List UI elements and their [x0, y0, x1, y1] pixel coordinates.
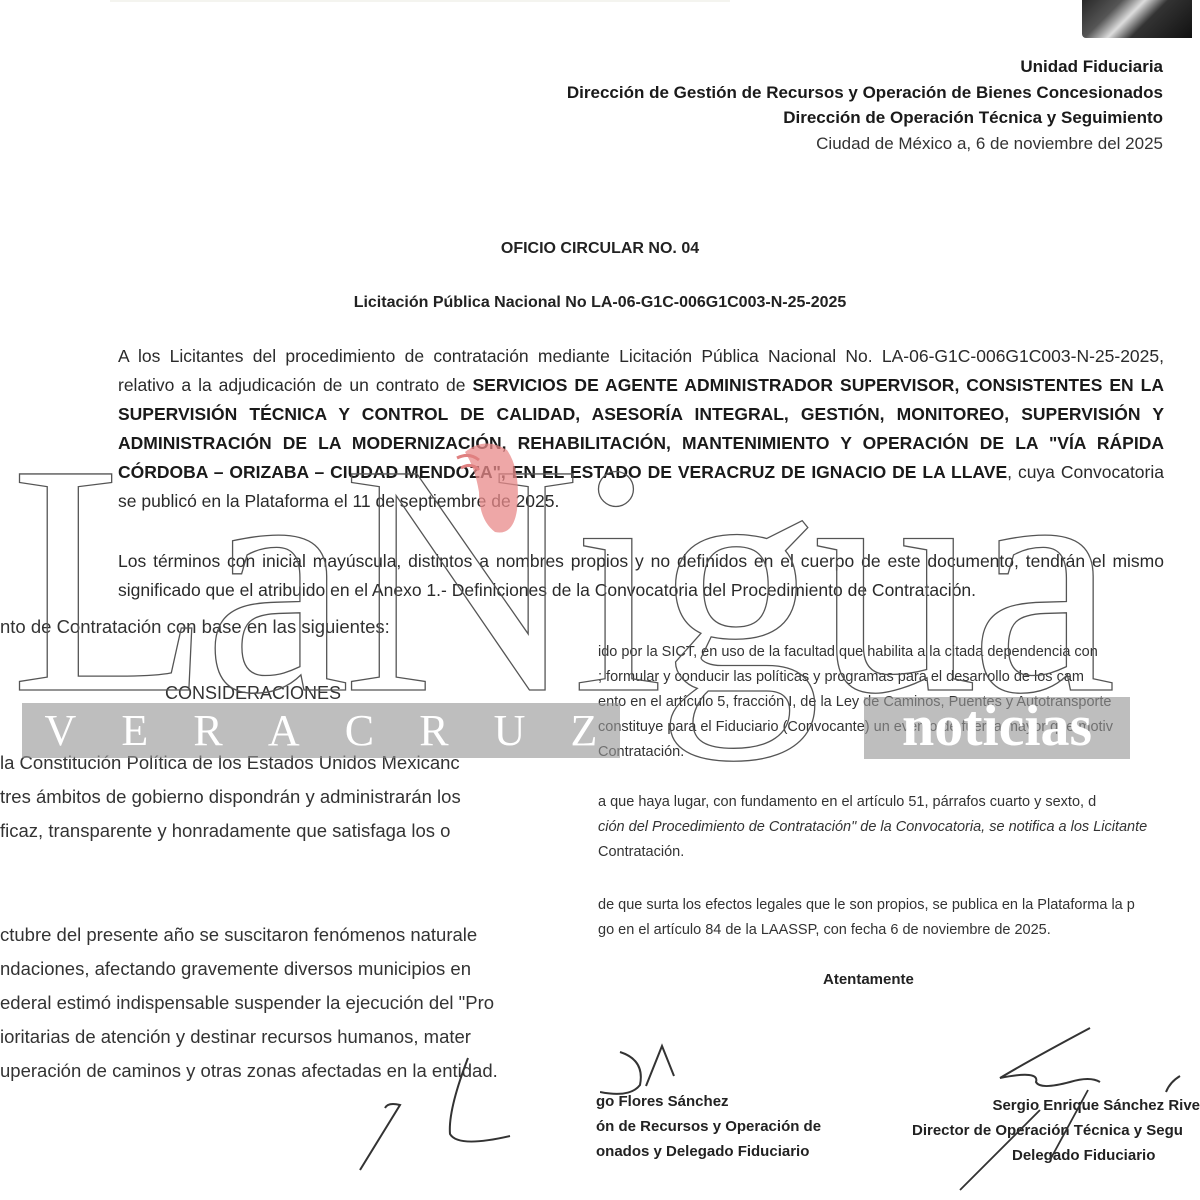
watermark-region-band: V E R A C R U Z [22, 703, 620, 758]
letterhead: Unidad Fiduciaria Dirección de Gestión d… [567, 54, 1163, 156]
unit-name: Unidad Fiduciaria [567, 54, 1163, 80]
right-column-block-2: a que haya lugar, con fundamento en el a… [598, 790, 1200, 865]
direction-2: Dirección de Operación Técnica y Seguimi… [567, 105, 1163, 131]
signer-role: onados y Delegado Fiduciario [596, 1139, 896, 1164]
document-subtitle: Licitación Pública Nacional No LA-06-G1C… [0, 294, 1200, 312]
direction-1: Dirección de Gestión de Recursos y Opera… [567, 80, 1163, 106]
place-date: Ciudad de México a, 6 de noviembre del 2… [567, 131, 1163, 157]
institution-logo-image [1082, 0, 1192, 38]
handwritten-signature-right-icon [940, 1020, 1200, 1200]
signature-block-1: go Flores Sánchez ón de Recursos y Opera… [596, 1089, 896, 1164]
flea-mascot-icon [455, 440, 525, 540]
document-title: OFICIO CIRCULAR NO. 04 [0, 240, 1200, 258]
watermark-noticias-band: noticias [864, 697, 1130, 759]
handwritten-signature-left-icon [340, 1030, 540, 1180]
watermark-brand: LaNigua [10, 430, 1109, 730]
closing: Atentamente [823, 967, 914, 992]
signer-role: ón de Recursos y Operación de [596, 1114, 896, 1139]
cropped-header-text [110, 0, 730, 2]
right-column-block-3: de que surta los efectos legales que le … [598, 893, 1200, 943]
handwritten-signature-mid-icon [600, 1030, 730, 1100]
